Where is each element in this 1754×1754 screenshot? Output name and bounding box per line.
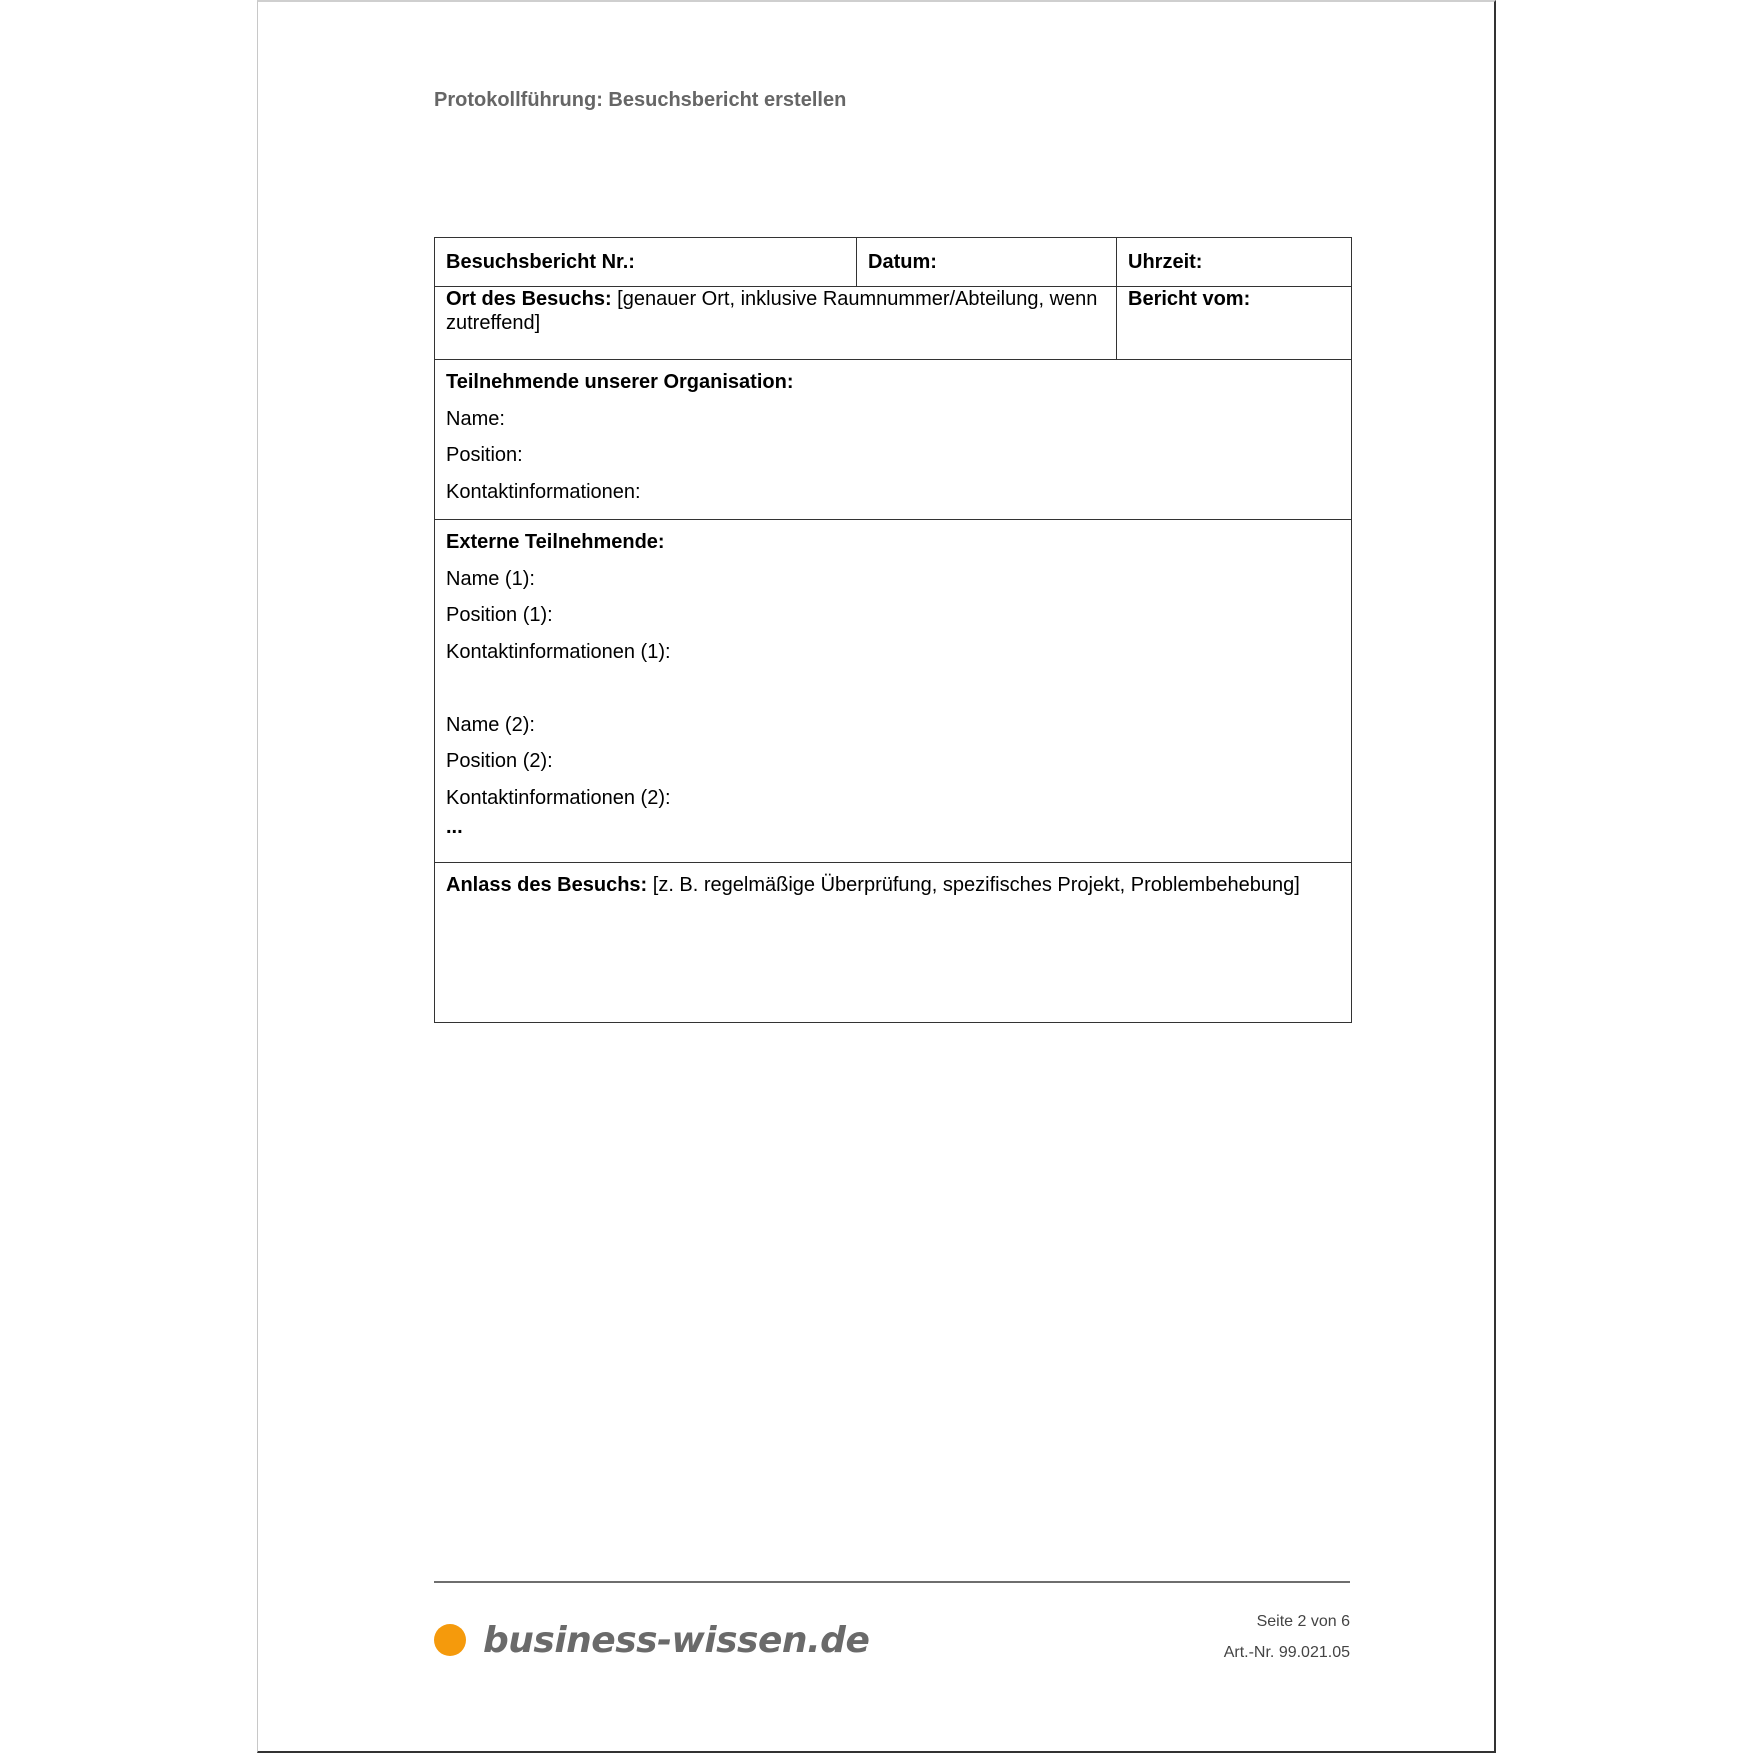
time-field[interactable]: Uhrzeit:: [1117, 238, 1352, 287]
external-participants-section[interactable]: Externe Teilnehmende: Name (1): Position…: [435, 520, 1352, 863]
internal-name-label: Name:: [446, 401, 1340, 438]
visit-report-form: Besuchsbericht Nr.: Datum: Uhrzeit: Ort …: [434, 237, 1352, 1023]
internal-participants-heading: Teilnehmende unserer Organisation:: [446, 371, 793, 393]
visit-reason-hint: [z. B. regelmäßige Überprüfung, spezifis…: [647, 874, 1300, 896]
external-name-1-label: Name (1):: [446, 561, 1340, 598]
report-from-field[interactable]: Bericht vom:: [1117, 287, 1352, 360]
report-from-label: Bericht vom:: [1128, 288, 1250, 310]
visit-reason-field[interactable]: Anlass des Besuchs: [z. B. regelmäßige Ü…: [435, 863, 1352, 1023]
report-number-field[interactable]: Besuchsbericht Nr.:: [435, 238, 857, 287]
document-title: Protokollführung: Besuchsbericht erstell…: [434, 89, 846, 112]
location-label: Ort des Besuchs:: [446, 288, 612, 310]
location-field[interactable]: Ort des Besuchs: [genauer Ort, inklusive…: [435, 287, 1117, 360]
date-label: Datum:: [868, 251, 937, 273]
report-number-label: Besuchsbericht Nr.:: [446, 251, 635, 273]
article-number: Art.-Nr. 99.021.05: [1224, 1637, 1350, 1668]
internal-participants-section[interactable]: Teilnehmende unserer Organisation: Name:…: [435, 360, 1352, 520]
visit-reason-label: Anlass des Besuchs:: [446, 874, 647, 896]
logo-text: business-wissen.de: [483, 1620, 869, 1661]
internal-position-label: Position:: [446, 437, 1340, 474]
internal-contact-label: Kontaktinformationen:: [446, 474, 1340, 511]
logo-dot-icon: [434, 1624, 466, 1656]
footer-divider: [434, 1581, 1350, 1583]
external-participants-heading: Externe Teilnehmende:: [446, 531, 665, 553]
external-position-1-label: Position (1):: [446, 597, 1340, 634]
page-number: Seite 2 von 6: [1224, 1606, 1350, 1637]
brand-logo: business-wissen.de: [434, 1618, 869, 1662]
footer-meta: Seite 2 von 6 Art.-Nr. 99.021.05: [1224, 1606, 1350, 1668]
date-field[interactable]: Datum:: [857, 238, 1117, 287]
external-contact-1-label: Kontaktinformationen (1):: [446, 634, 1340, 671]
spacer: [446, 670, 1340, 707]
more-ellipsis: ...: [446, 816, 463, 838]
external-name-2-label: Name (2):: [446, 707, 1340, 744]
external-contact-2-label: Kontaktinformationen (2):: [446, 780, 1340, 817]
external-position-2-label: Position (2):: [446, 743, 1340, 780]
time-label: Uhrzeit:: [1128, 251, 1202, 273]
